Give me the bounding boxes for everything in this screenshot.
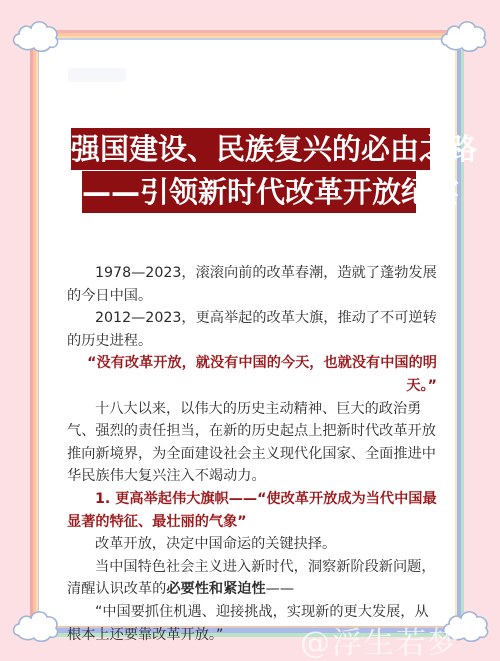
highlight-quote: “没有改革开放，就没有中国的今天，也就没有中国的明天。” [67, 352, 437, 397]
paragraph: 2012—2023，更高举起的改革大旗，推动了不可逆转的历史进程。 [67, 307, 437, 352]
dash: —— [266, 581, 294, 597]
bold-phrase: 必要性和紧迫性 [166, 581, 265, 597]
paragraph: 当中国特色社会主义进入新时代，洞察新阶段新问题，清醒认识改革的必要性和紧迫性—— [67, 556, 437, 601]
cloud-icon [10, 15, 62, 55]
cloud-icon [10, 605, 62, 645]
watermark: @浮生若梦 [300, 618, 460, 661]
paragraph: 改革开放，决定中国命运的关键抉择。 [67, 533, 437, 556]
rainbow-border-left [30, 48, 39, 620]
paragraph: 1978—2023，滚滚向前的改革春潮，造就了蓬勃发展的今日中国。 [67, 262, 437, 307]
title-subtitle: ——引领新时代改革开放纪实 [82, 170, 416, 213]
section-heading: 1. 更高举起伟大旗帜——“使改革开放成为当代中国最显著的特征、最壮丽的气象” [67, 488, 437, 533]
rainbow-border-top [52, 30, 448, 40]
paragraph: 十八大以来，以伟大的历史主动精神、巨大的政治勇气、强烈的责任担当，在新的历史起点… [67, 398, 437, 488]
article-body: 1978—2023，滚滚向前的改革春潮，造就了蓬勃发展的今日中国。 2012—2… [67, 262, 437, 646]
faded-logo [68, 68, 126, 82]
title-main: 强国建设、民族复兴的必由之路 [71, 128, 430, 170]
cloud-icon [438, 15, 490, 55]
